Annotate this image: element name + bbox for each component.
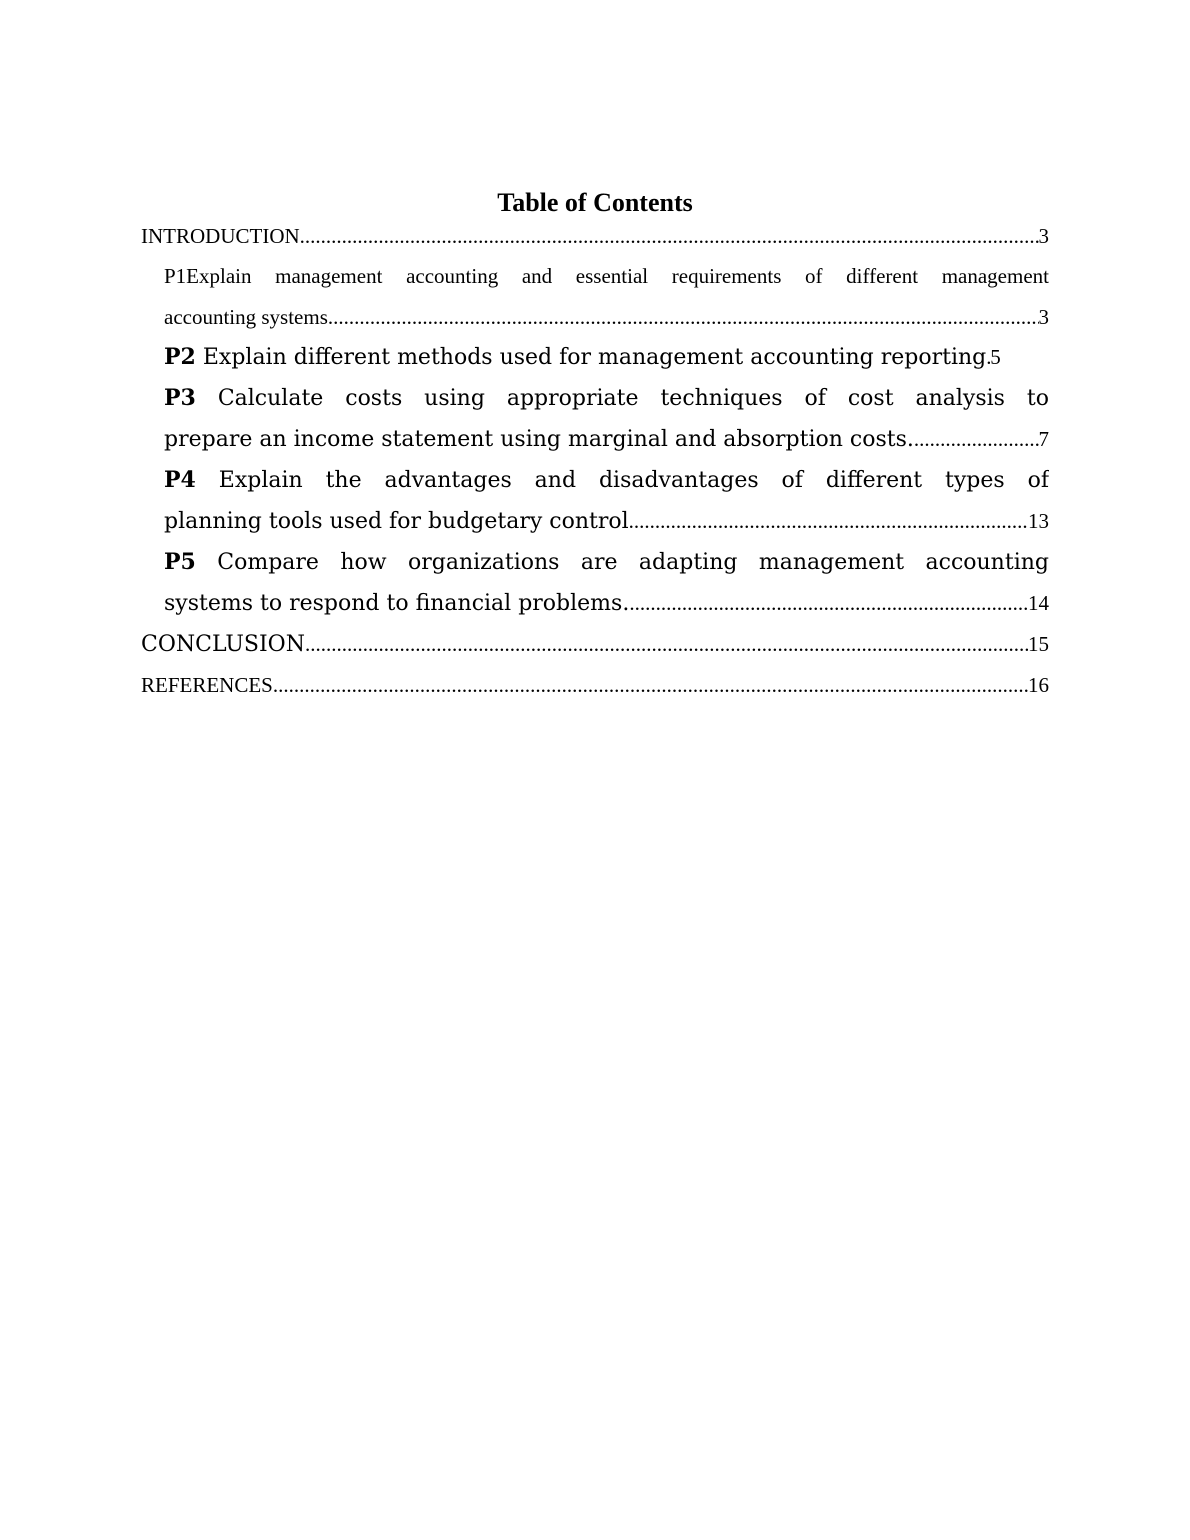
toc-leader-dots — [629, 501, 1028, 542]
toc-entry-text: Explain different methods used for manag… — [203, 345, 986, 370]
toc-entry-text: systems to respond to financial problems… — [164, 583, 629, 624]
toc-leader-dots — [300, 216, 1039, 257]
toc-entry-text: accounting systems — [164, 297, 328, 338]
toc-entry-p5[interactable]: P5 Compare how organizations are adaptin… — [164, 542, 1049, 624]
toc-page-number: 5 — [990, 337, 1001, 378]
toc-page-number: 16 — [1028, 665, 1049, 706]
toc-leader-dots — [328, 297, 1039, 338]
toc-entry-label: P3 — [164, 385, 196, 411]
toc-entry-p4[interactable]: P4 Explain the advantages and disadvanta… — [164, 460, 1049, 542]
toc-page-number: 15 — [1028, 624, 1049, 665]
toc-leader-dots — [914, 419, 1039, 460]
toc-page-number: 7 — [1039, 419, 1050, 460]
toc-entry-p3[interactable]: P3 Calculate costs using appropriate tec… — [164, 378, 1049, 460]
toc-page-number: 13 — [1028, 501, 1049, 542]
toc-entry-text: P1Explain management accounting and esse… — [164, 256, 1049, 297]
toc-entry-p2[interactable]: P2 Explain different methods used for ma… — [164, 337, 1049, 378]
toc-entry-label: P2 — [164, 344, 196, 370]
toc-entry-introduction[interactable]: INTRODUCTION 3 — [141, 216, 1049, 257]
toc-leader-dots — [273, 665, 1028, 706]
toc-entry-references[interactable]: REFERENCES 16 — [141, 665, 1049, 706]
toc-entry-text: Compare how organizations are adapting m… — [217, 550, 1049, 575]
toc-entry-text: REFERENCES — [141, 665, 273, 706]
toc-entry-p1[interactable]: P1Explain management accounting and esse… — [164, 256, 1049, 338]
toc-page-number: 3 — [1039, 216, 1050, 257]
toc-entry-label: P5 — [164, 549, 196, 575]
toc-page-number: 3 — [1039, 297, 1050, 338]
toc-entry-conclusion[interactable]: CONCLUSION 15 — [141, 624, 1049, 665]
toc-entry-label: P4 — [164, 467, 196, 493]
toc-entry-text: planning tools used for budgetary contro… — [164, 501, 629, 542]
toc-page-number: 14 — [1028, 583, 1049, 624]
toc-title: Table of Contents — [0, 186, 1190, 220]
toc-leader-dots — [629, 583, 1028, 624]
toc-leader-dots — [305, 624, 1028, 665]
document-page: Table of Contents INTRODUCTION 3 P1Expla… — [0, 0, 1190, 1540]
toc-entry-text: CONCLUSION — [141, 624, 305, 665]
toc-entry-text: INTRODUCTION — [141, 216, 300, 257]
toc-entry-text: Explain the advantages and disadvantages… — [219, 468, 1049, 493]
toc-entry-text: Calculate costs using appropriate techni… — [218, 386, 1049, 411]
toc-entry-text: prepare an income statement using margin… — [164, 419, 914, 460]
